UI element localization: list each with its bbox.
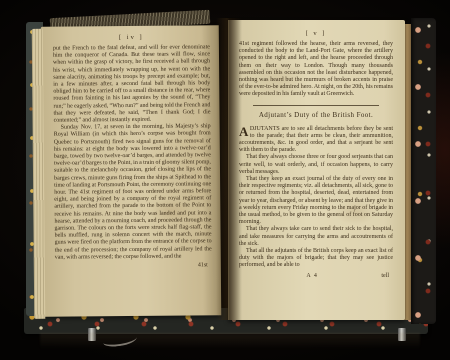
left-page: [ iv ] put the French to the fatal defea… — [41, 25, 222, 317]
left-page-paragraph: put the French to the fatal defeat, and … — [53, 44, 211, 125]
left-page-catchword-line: 41st — [55, 261, 212, 270]
left-page-number: [ iv ] — [53, 33, 210, 42]
left-page-paragraph: Sunday Nov. 17, at seven in the morning,… — [54, 124, 212, 262]
right-page-paragraph: That they always take care to send their… — [239, 226, 393, 248]
table-reflection — [40, 333, 420, 349]
right-page-text-block: [ v ] 41st regiment followed the hearse,… — [228, 20, 405, 320]
photo-background: [ iv ] put the French to the fatal defea… — [0, 0, 450, 360]
catchword: tell — [381, 272, 389, 280]
section-heading: Adjutant’s Duty of the British Foot. — [239, 111, 393, 120]
right-page: [ v ] 41st regiment followed the hearse,… — [228, 20, 405, 320]
right-page-number: [ v ] — [239, 30, 393, 38]
marbled-cover-right-edge — [411, 18, 436, 324]
catchword: 41st — [198, 261, 208, 269]
left-page-text-block: [ iv ] put the French to the fatal defea… — [41, 25, 222, 317]
right-page-paragraph: 41st regiment followed the hearse, their… — [239, 41, 393, 99]
right-page-paragraph: That they always choose three or four go… — [239, 154, 393, 176]
section-divider-rule — [253, 105, 379, 106]
open-book: [ iv ] put the French to the fatal defea… — [22, 14, 436, 334]
right-page-paragraph: That they keep an exact journal of the d… — [239, 176, 393, 226]
right-page-signature-line: A 4 tell — [239, 272, 393, 280]
gathering-signature: A 4 — [243, 272, 381, 280]
right-page-paragraph: That all the adjutants of the British co… — [239, 248, 393, 270]
right-page-paragraph: ADJUTANTS are to see all detachments bef… — [239, 126, 393, 155]
